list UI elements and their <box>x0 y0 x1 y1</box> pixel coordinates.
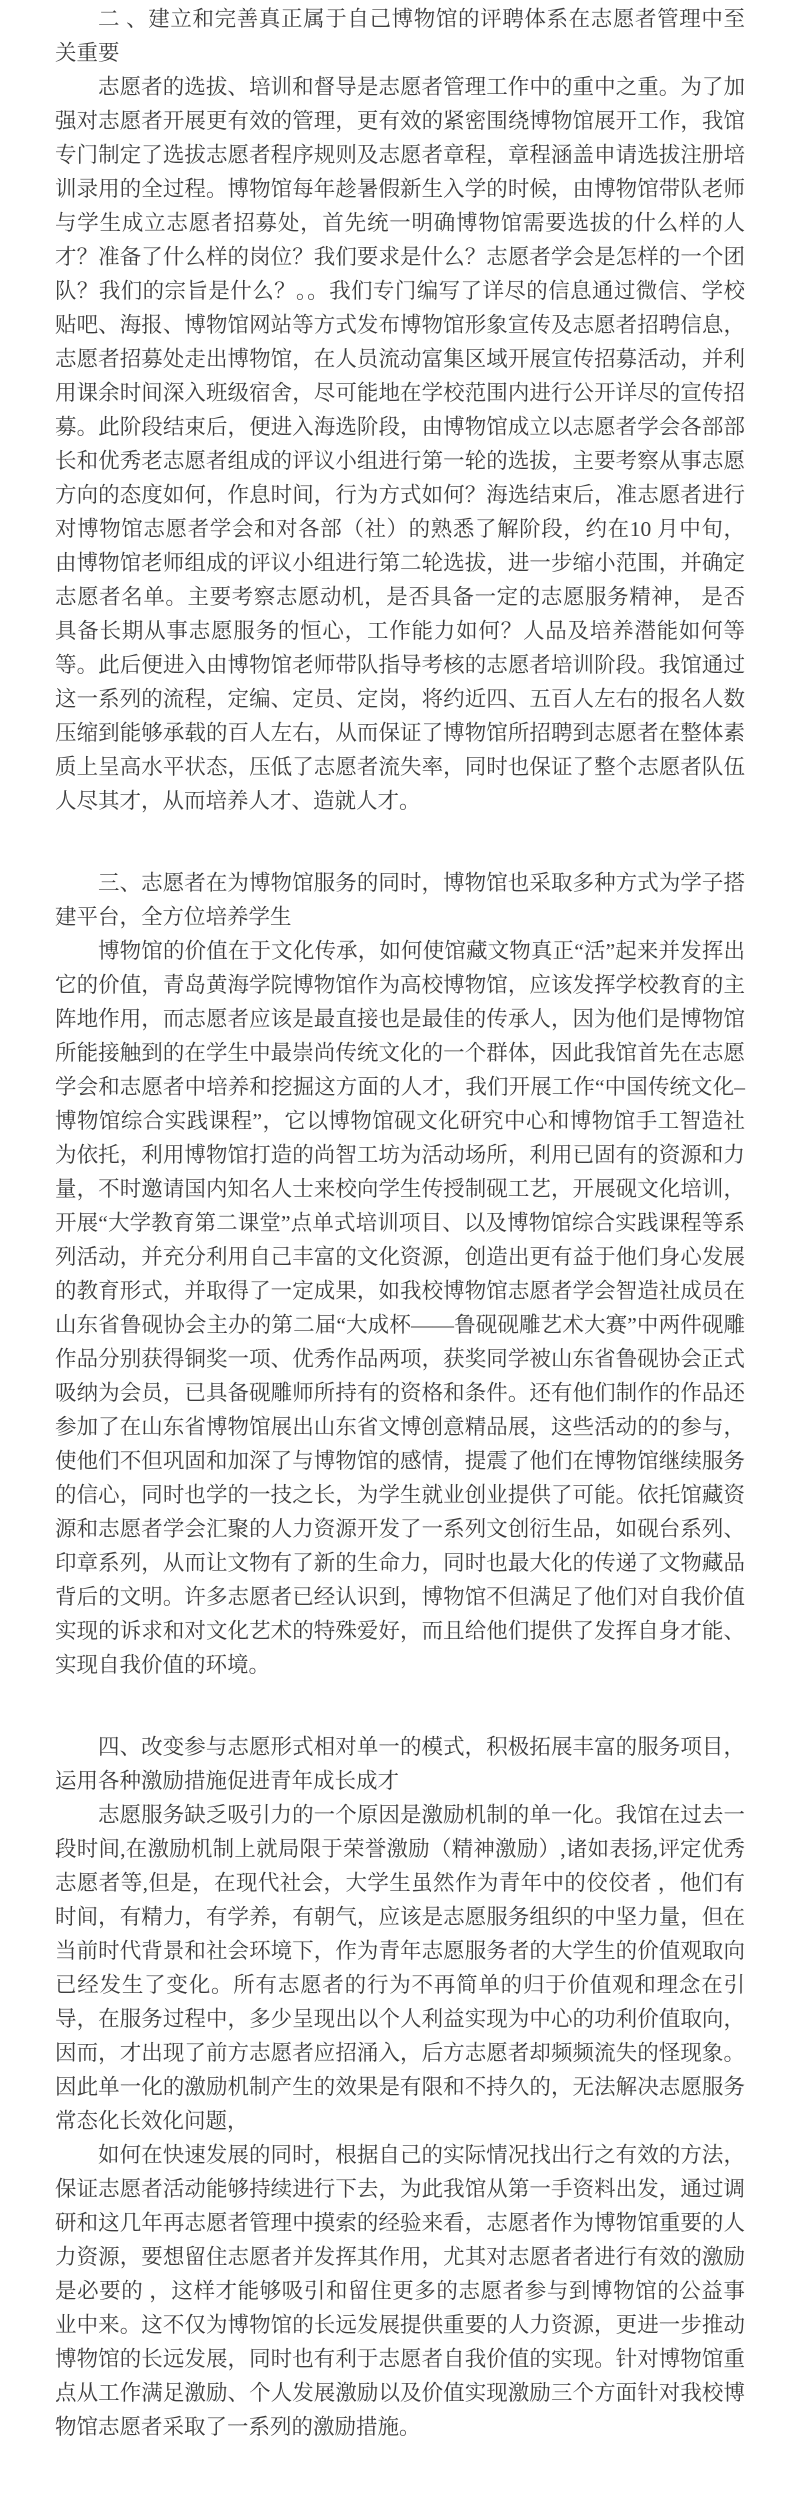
section-heading: 四、改变参与志愿形式相对单一的模式，积极拓展丰富的服务项目，运用各种激励措施促进… <box>55 1730 745 1798</box>
document-page: 二 、建立和完善真正属于自己博物馆的评聘体系在志愿者管理中至关重要志愿者的选拔、… <box>0 0 800 2504</box>
paragraph: 如何在快速发展的同时，根据自己的实际情况找出行之有效的方法，保证志愿者活动能够持… <box>55 2138 745 2444</box>
section-heading: 二 、建立和完善真正属于自己博物馆的评聘体系在志愿者管理中至关重要 <box>55 2 745 70</box>
paragraph: 博物馆的价值在于文化传承，如何使馆藏文物真正“活”起来并发挥出它的价值，青岛黄海… <box>55 934 745 1682</box>
paragraph: 志愿者的选拔、培训和督导是志愿者管理工作中的重中之重。为了加强对志愿者开展更有效… <box>55 70 745 818</box>
paragraph: 志愿服务缺乏吸引力的一个原因是激励机制的单一化。我馆在过去一段时间,在激励机制上… <box>55 1798 745 2138</box>
section-heading: 三、志愿者在为博物馆服务的同时，博物馆也采取多种方式为学子搭建平台，全方位培养学… <box>55 866 745 934</box>
